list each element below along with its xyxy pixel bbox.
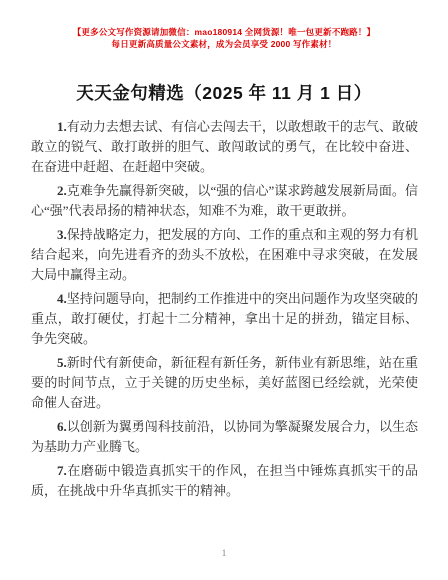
paragraph-text: 保持战略定力，把发展的方向、工作的重点和主观的努力有机结合起来，向先进看齐的劲头… [31, 227, 418, 282]
paragraph-number: 5. [57, 355, 67, 370]
paragraph-text: 有动力去想去试、有信心去闯去干，以敢想敢干的志气、敢破敢立的锐气、敢打敢拼的胆气… [31, 119, 418, 174]
quote-paragraph-3: 3.保持战略定力，把发展的方向、工作的重点和主观的努力有机结合起来，向先进看齐的… [31, 225, 418, 285]
quote-paragraph-4: 4.坚持问题导向，把制约工作推进中的突出问题作为攻坚突破的重点，敢打硬仗，打起十… [31, 289, 418, 349]
paragraph-text: 新时代有新使命，新征程有新任务，新伟业有新思维，站在重要的时间节点，立于关键的历… [31, 355, 418, 410]
paragraph-number: 4. [57, 291, 67, 306]
document-page: 【更多公文写作资源请加微信：mao180914 全网货源！唯一包更新不跑路！】 … [0, 0, 448, 580]
paragraph-text: 在磨砺中锻造真抓实干的作风，在担当中锤炼真抓实干的品质，在挑战中升华真抓实干的精… [31, 463, 418, 498]
promo-header: 【更多公文写作资源请加微信：mao180914 全网货源！唯一包更新不跑路！】 … [0, 0, 448, 50]
quote-paragraph-2: 2.克难争先赢得新突破，以“强的信心”谋求跨越发展新局面。信心“强”代表昂扬的精… [31, 181, 418, 221]
paragraph-number: 3. [57, 227, 67, 242]
quote-paragraph-6: 6.以创新为翼勇闯科技前沿，以协同为擎凝聚发展合力，以生态为基助力产业腾飞。 [31, 417, 418, 457]
quote-paragraph-1: 1.有动力去想去试、有信心去闯去干，以敢想敢干的志气、敢破敢立的锐气、敢打敢拼的… [31, 117, 418, 177]
paragraph-number: 1. [57, 119, 67, 134]
paragraph-number: 6. [57, 419, 67, 434]
promo-header-line2: 每日更新高质量公文素材，成为会员享受 2000 写作素材！ [0, 38, 448, 50]
paragraph-number: 2. [57, 183, 67, 198]
promo-header-line1: 【更多公文写作资源请加微信：mao180914 全网货源！唯一包更新不跑路！】 [0, 26, 448, 38]
quote-paragraph-7: 7.在磨砺中锻造真抓实干的作风，在担当中锤炼真抓实干的品质，在挑战中升华真抓实干… [31, 461, 418, 501]
document-body: 1.有动力去想去试、有信心去闯去干，以敢想敢干的志气、敢破敢立的锐气、敢打敢拼的… [31, 117, 418, 501]
paragraph-text: 以创新为翼勇闯科技前沿，以协同为擎凝聚发展合力，以生态为基助力产业腾飞。 [31, 419, 418, 454]
paragraph-text: 坚持问题导向，把制约工作推进中的突出问题作为攻坚突破的重点，敢打硬仗，打起十二分… [31, 291, 418, 346]
quote-paragraph-5: 5.新时代有新使命，新征程有新任务，新伟业有新思维，站在重要的时间节点，立于关键… [31, 353, 418, 413]
paragraph-number: 7. [57, 463, 67, 478]
page-number: 1 [0, 548, 448, 558]
paragraph-text: 克难争先赢得新突破，以“强的信心”谋求跨越发展新局面。信心“强”代表昂扬的精神状… [31, 183, 418, 218]
page-title: 天天金句精选（2025 年 11 月 1 日） [0, 82, 448, 104]
